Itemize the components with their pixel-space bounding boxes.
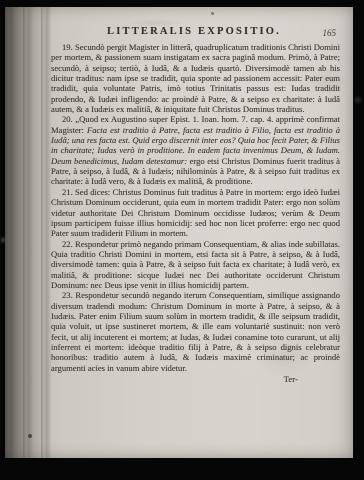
text-segment-roman: 21. Sed dices: Christus Dominus fuit tra… [51,187,340,238]
book-page: LITTERALIS EXPOSITIO. 165 19. Secundò pe… [5,7,353,458]
catchword: Ter- [5,374,298,384]
book-scan: LITTERALIS EXPOSITIO. 165 19. Secundò pe… [0,0,364,480]
text-segment-roman: 22. Respondetur primò negando primam Con… [51,239,340,290]
paragraph: 19. Secundò pergit Magister in litterâ, … [51,42,340,114]
page-header: LITTERALIS EXPOSITIO. 165 [49,26,339,39]
page-number: 165 [323,28,337,38]
running-title: LITTERALIS EXPOSITIO. [49,26,339,37]
text-segment-roman: 19. Secundò pergit Magister in litterâ, … [51,42,340,114]
body-text: 19. Secundò pergit Magister in litterâ, … [51,42,340,373]
paragraph: 20. „Quod ex Augustino super Epist. 1. I… [51,114,340,186]
paragraph: 23. Respondetur secundò negando iterum C… [51,290,340,373]
text-segment-roman: 23. Respondetur secundò negando iterum C… [51,290,340,372]
paragraph: 21. Sed dices: Christus Dominus fuit tra… [51,187,340,239]
binding-gutter-shadow [5,7,51,458]
paragraph: 22. Respondetur primò negando primam Con… [51,239,340,291]
